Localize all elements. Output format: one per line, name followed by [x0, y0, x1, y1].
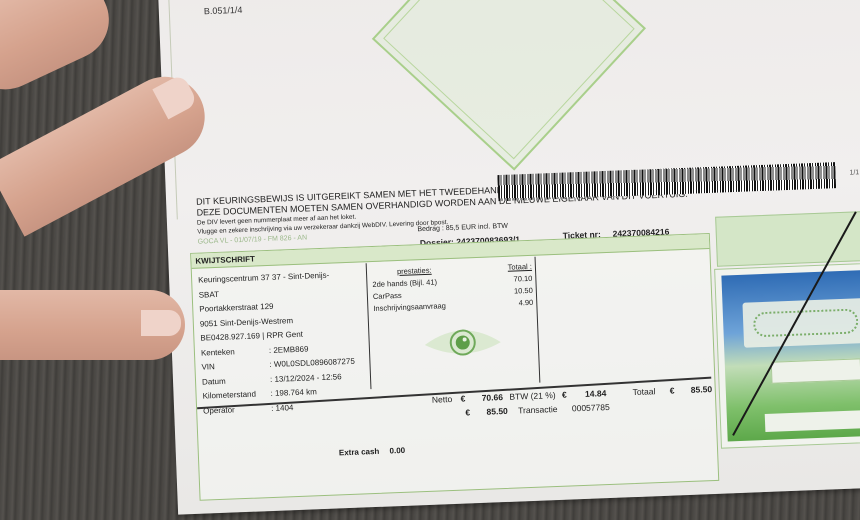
blank-field: [771, 358, 860, 383]
chain-emblem-icon: [742, 298, 860, 348]
eye-logo-icon: [422, 322, 503, 363]
total-value: 85.50: [691, 384, 713, 395]
receipt-title: KWIJTSCHRIFT: [195, 254, 255, 265]
totals-block: Netto € 70.66 BTW (21 %) € 14.84 Totaal …: [432, 384, 713, 419]
page-number: 1/1: [849, 169, 859, 176]
receipt: KWIJTSCHRIFT Keuringscentrum 37 37 - Sin…: [190, 233, 719, 501]
transaction-value: 00057785: [572, 402, 610, 413]
blank-field: [765, 409, 860, 432]
column-divider: [535, 257, 541, 383]
extra-cash-value: 0.00: [389, 446, 405, 456]
vehicle-details: Keuringscentrum 37 37 - Sint-Denijs- SBA…: [198, 268, 357, 419]
fingernail: [141, 310, 181, 336]
green-panel: [715, 210, 860, 267]
btw-value: 14.84: [585, 388, 607, 399]
column-divider: [366, 263, 372, 389]
services-list: prestaties: Totaal : 2de hands (Bijl. 41…: [372, 261, 534, 315]
extra-cash: Extra cash 0.00: [339, 446, 406, 458]
thumb: [0, 290, 185, 360]
total-label: Totaal: [632, 386, 655, 397]
car-pass-card: [714, 261, 860, 448]
total-header: Totaal :: [508, 261, 533, 274]
services-header: prestaties:: [372, 266, 432, 277]
netto-label: Netto: [432, 394, 453, 405]
netto-value: 70.66: [482, 392, 504, 403]
extra-cash-label: Extra cash: [339, 447, 380, 458]
btw-label: BTW (21 %): [509, 390, 556, 402]
watermark-diamond: [372, 0, 646, 171]
inspection-certificate: B.051/1/4 Kijk op ... DIT KEURINGSBEWIJS…: [158, 0, 860, 515]
form-reference: B.051/1/4: [204, 5, 243, 16]
finger: [0, 0, 122, 102]
paid-value: 85.50: [486, 406, 508, 417]
transaction-label: Transactie: [518, 404, 558, 416]
